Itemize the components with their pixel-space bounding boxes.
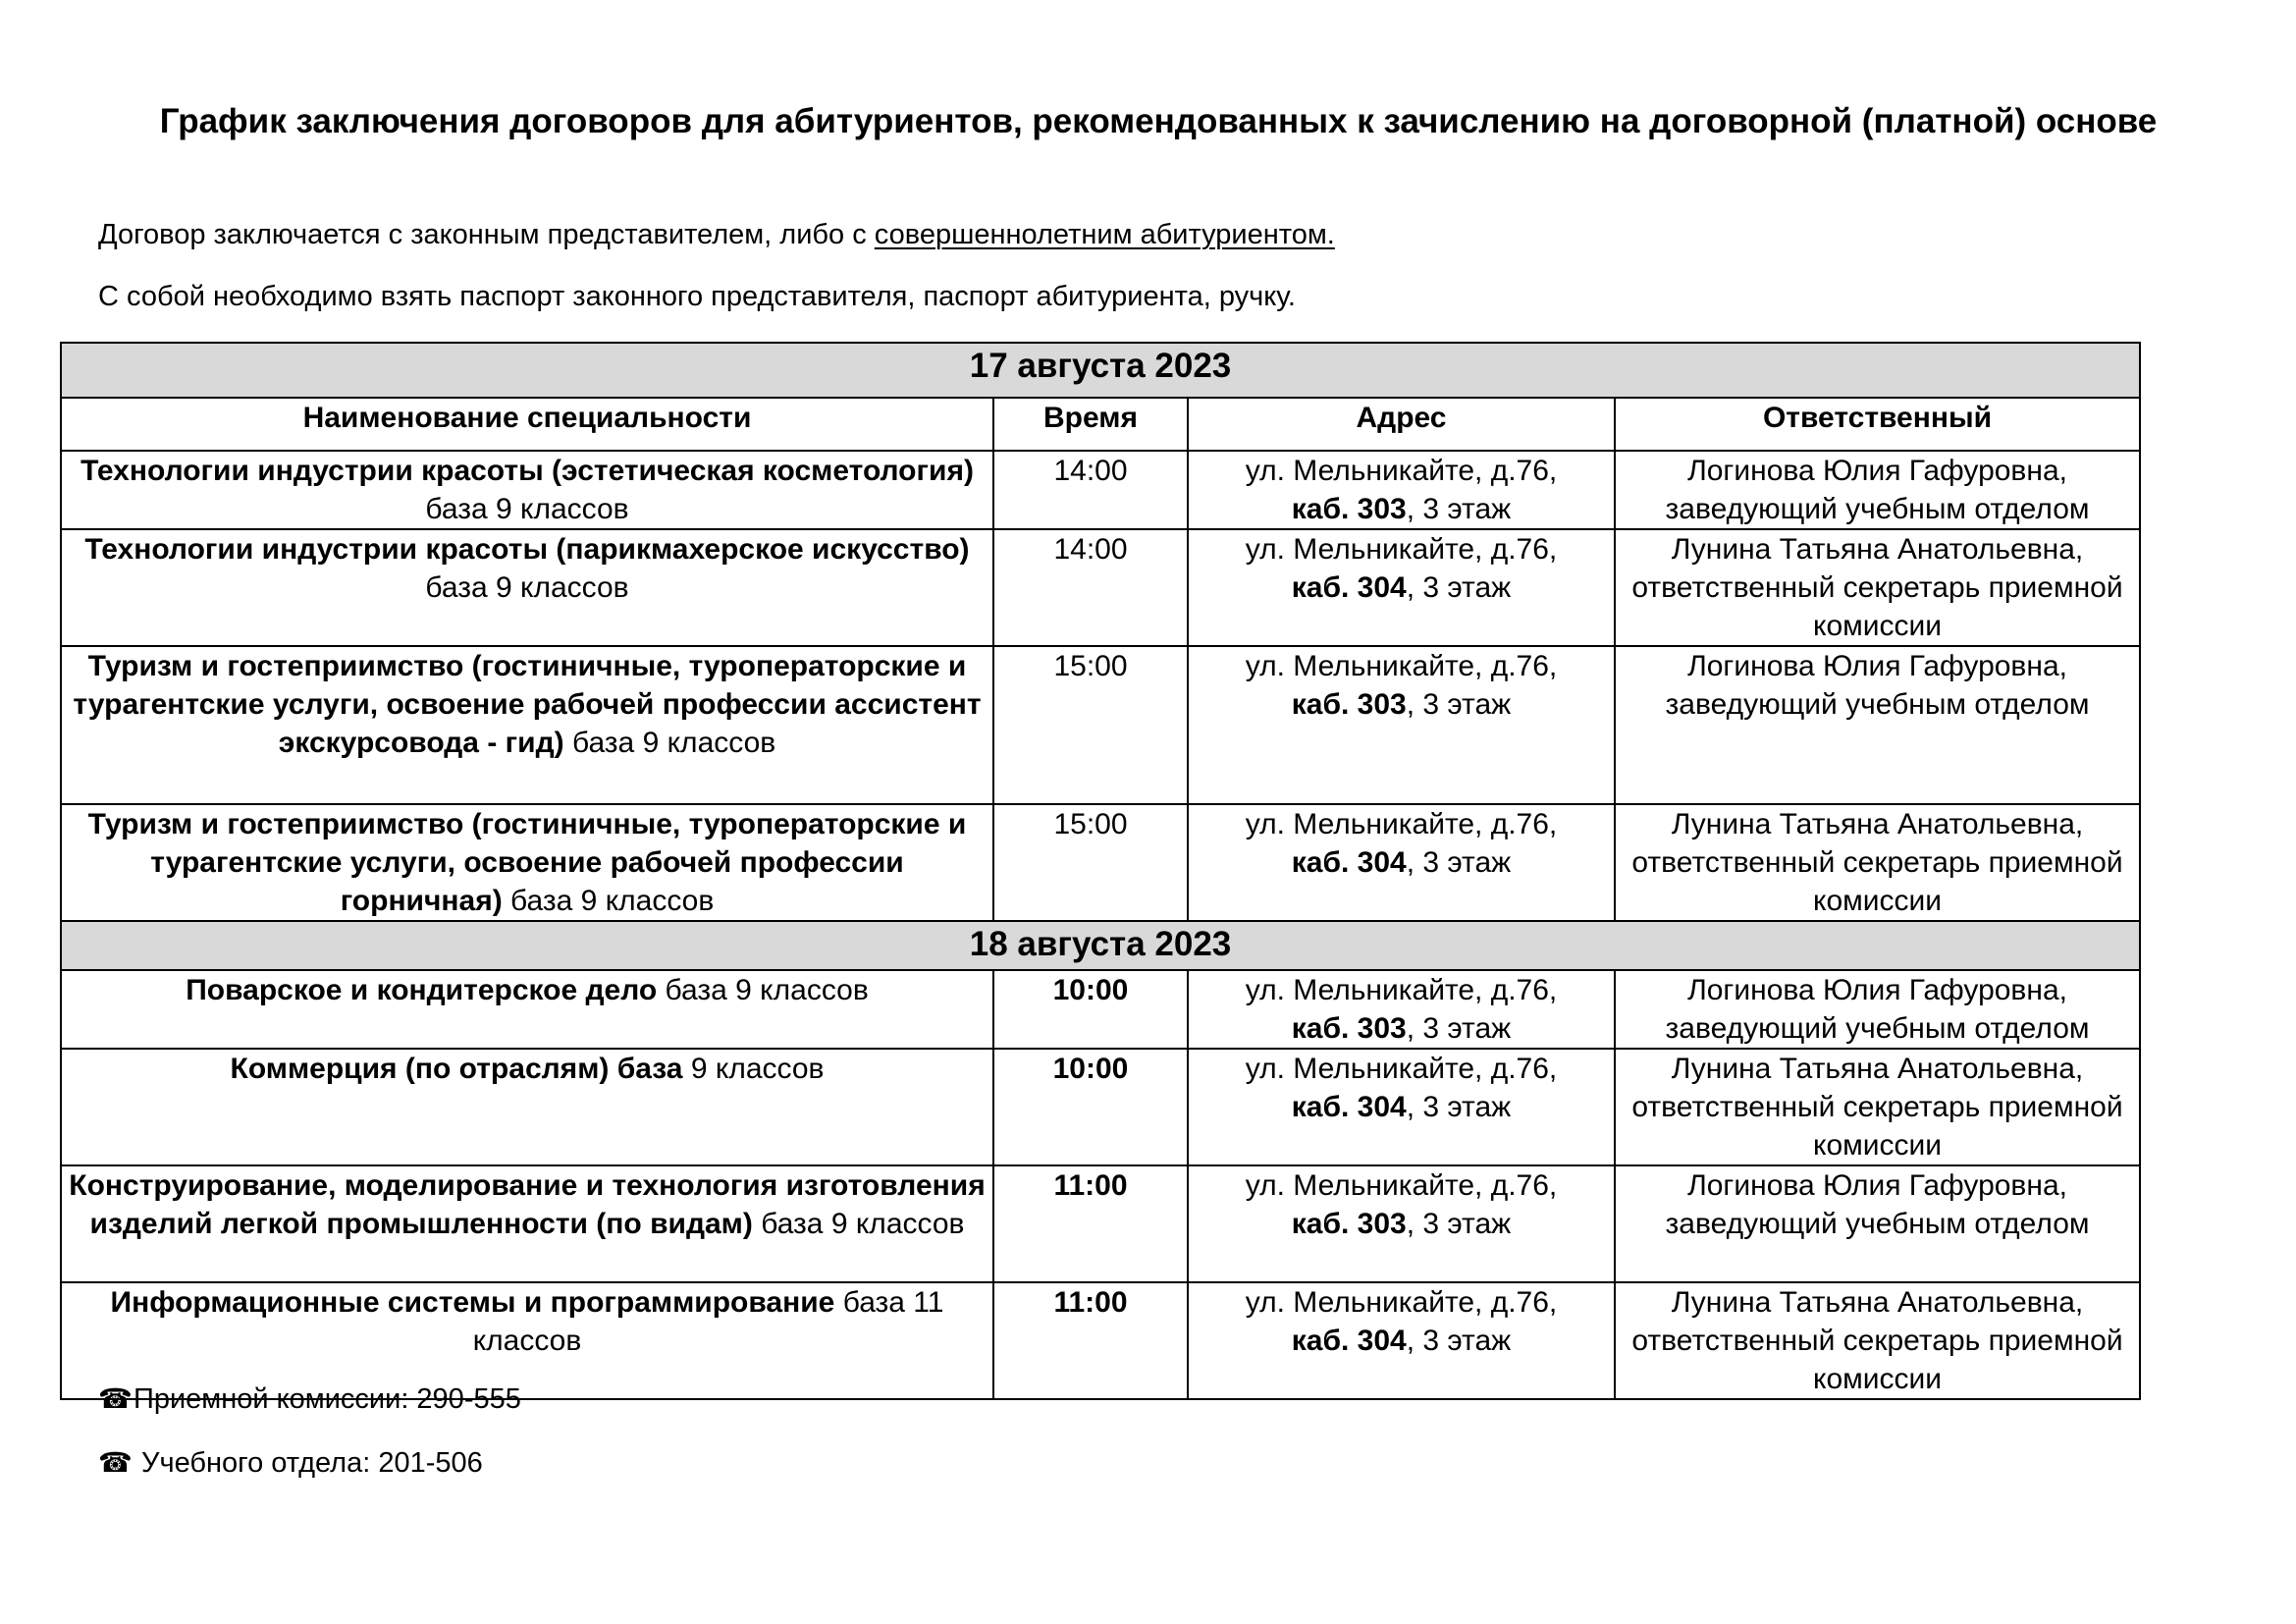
contact-label: Учебного отдела: 201-506 bbox=[133, 1447, 483, 1479]
date-row: 17 августа 2023 bbox=[61, 343, 2140, 398]
specialty-base: база 9 классов bbox=[657, 974, 869, 1006]
address-street: ул. Мельникайте, д.76, bbox=[1246, 1286, 1558, 1319]
address-floor: , 3 этаж bbox=[1407, 1208, 1512, 1240]
responsible-cell: Логинова Юлия Гафуровна, заведующий учеб… bbox=[1615, 646, 2140, 804]
specialty-base: база 9 классов bbox=[425, 571, 628, 604]
header-row: Наименование специальностиВремяАдресОтве… bbox=[61, 398, 2140, 451]
address-room: каб. 304 bbox=[1292, 1325, 1407, 1357]
specialty-base: 9 классов bbox=[683, 1053, 825, 1085]
address-cell: ул. Мельникайте, д.76,каб. 304, 3 этаж bbox=[1188, 804, 1615, 921]
time-cell: 11:00 bbox=[993, 1282, 1188, 1399]
specialty-cell: Коммерция (по отраслям) база 9 классов bbox=[61, 1049, 993, 1165]
intro-underlined-text: совершеннолетним абитуриентом. bbox=[875, 219, 1335, 250]
responsible-cell: Логинова Юлия Гафуровна, заведующий учеб… bbox=[1615, 1165, 2140, 1282]
specialty-name: Технологии индустрии красоты (эстетическ… bbox=[80, 455, 974, 487]
column-header: Время bbox=[993, 398, 1188, 451]
date-row: 18 августа 2023 bbox=[61, 921, 2140, 970]
address-street: ул. Мельникайте, д.76, bbox=[1246, 650, 1558, 682]
time-cell: 14:00 bbox=[993, 451, 1188, 529]
time-cell: 15:00 bbox=[993, 646, 1188, 804]
time-cell: 11:00 bbox=[993, 1165, 1188, 1282]
specialty-cell: Туризм и гостеприимство (гостиничные, ту… bbox=[61, 804, 993, 921]
address-street: ул. Мельникайте, д.76, bbox=[1246, 1169, 1558, 1202]
specialty-cell: Технологии индустрии красоты (парикмахер… bbox=[61, 529, 993, 646]
table-row: Туризм и гостеприимство (гостиничные, ту… bbox=[61, 804, 2140, 921]
responsible-cell: Лунина Татьяна Анатольевна, ответственны… bbox=[1615, 804, 2140, 921]
address-floor: , 3 этаж bbox=[1407, 571, 1512, 604]
specialty-name: Технологии индустрии красоты (парикмахер… bbox=[84, 533, 969, 566]
responsible-cell: Логинова Юлия Гафуровна, заведующий учеб… bbox=[1615, 970, 2140, 1049]
address-room: каб. 304 bbox=[1292, 846, 1407, 879]
specialty-cell: Туризм и гостеприимство (гостиничные, ту… bbox=[61, 646, 993, 804]
telephone-icon: ☎ bbox=[98, 1382, 133, 1416]
address-floor: , 3 этаж bbox=[1407, 846, 1512, 879]
address-floor: , 3 этаж bbox=[1407, 493, 1512, 525]
column-header: Ответственный bbox=[1615, 398, 2140, 451]
specialty-name: Коммерция (по отраслям) база bbox=[231, 1053, 683, 1085]
table-row: Поварское и кондитерское дело база 9 кла… bbox=[61, 970, 2140, 1049]
address-room: каб. 304 bbox=[1292, 1091, 1407, 1123]
specialty-cell: Конструирование, моделирование и техноло… bbox=[61, 1165, 993, 1282]
time-cell: 15:00 bbox=[993, 804, 1188, 921]
address-street: ул. Мельникайте, д.76, bbox=[1246, 455, 1558, 487]
address-street: ул. Мельникайте, д.76, bbox=[1246, 808, 1558, 840]
address-cell: ул. Мельникайте, д.76,каб. 304, 3 этаж bbox=[1188, 529, 1615, 646]
table-row: Туризм и гостеприимство (гостиничные, ту… bbox=[61, 646, 2140, 804]
column-header: Адрес bbox=[1188, 398, 1615, 451]
specialty-cell: Технологии индустрии красоты (эстетическ… bbox=[61, 451, 993, 529]
time-cell: 10:00 bbox=[993, 1049, 1188, 1165]
address-floor: , 3 этаж bbox=[1407, 1091, 1512, 1123]
specialty-name: Поварское и кондитерское дело bbox=[186, 974, 657, 1006]
address-cell: ул. Мельникайте, д.76,каб. 303, 3 этаж bbox=[1188, 1165, 1615, 1282]
table-row: Коммерция (по отраслям) база 9 классов10… bbox=[61, 1049, 2140, 1165]
table-row: Технологии индустрии красоты (эстетическ… bbox=[61, 451, 2140, 529]
document-title: График заключения договоров для абитурие… bbox=[59, 98, 2258, 145]
responsible-cell: Лунина Татьяна Анатольевна, ответственны… bbox=[1615, 1049, 2140, 1165]
address-room: каб. 303 bbox=[1292, 1208, 1407, 1240]
column-header: Наименование специальности bbox=[61, 398, 993, 451]
specialty-name: Информационные системы и программировани… bbox=[111, 1286, 835, 1319]
address-floor: , 3 этаж bbox=[1407, 688, 1512, 721]
contact-academic: ☎ Учебного отдела: 201-506 bbox=[98, 1446, 483, 1480]
address-floor: , 3 этаж bbox=[1407, 1325, 1512, 1357]
time-cell: 10:00 bbox=[993, 970, 1188, 1049]
contact-admissions: ☎Приемной комиссии: 290-555 bbox=[98, 1382, 521, 1416]
intro-line-2: С собой необходимо взять паспорт законно… bbox=[98, 280, 1296, 313]
address-room: каб. 303 bbox=[1292, 1012, 1407, 1045]
address-cell: ул. Мельникайте, д.76,каб. 304, 3 этаж bbox=[1188, 1282, 1615, 1399]
address-cell: ул. Мельникайте, д.76,каб. 304, 3 этаж bbox=[1188, 1049, 1615, 1165]
specialty-name: Туризм и гостеприимство (гостиничные, ту… bbox=[73, 650, 981, 759]
specialty-base: база 9 классов bbox=[425, 493, 628, 525]
address-cell: ул. Мельникайте, д.76,каб. 303, 3 этаж bbox=[1188, 646, 1615, 804]
time-cell: 14:00 bbox=[993, 529, 1188, 646]
specialty-base: база 9 классов bbox=[753, 1208, 965, 1240]
address-room: каб. 303 bbox=[1292, 688, 1407, 721]
table-row: Конструирование, моделирование и техноло… bbox=[61, 1165, 2140, 1282]
address-room: каб. 303 bbox=[1292, 493, 1407, 525]
responsible-cell: Лунина Татьяна Анатольевна, ответственны… bbox=[1615, 1282, 2140, 1399]
intro-line-1: Договор заключается с законным представи… bbox=[98, 218, 1335, 251]
date-cell: 18 августа 2023 bbox=[61, 921, 2140, 970]
address-street: ул. Мельникайте, д.76, bbox=[1246, 1053, 1558, 1085]
address-cell: ул. Мельникайте, д.76,каб. 303, 3 этаж bbox=[1188, 970, 1615, 1049]
contact-label: Приемной комиссии: 290-555 bbox=[133, 1383, 521, 1415]
address-street: ул. Мельникайте, д.76, bbox=[1246, 533, 1558, 566]
intro-text: Договор заключается с законным представи… bbox=[98, 219, 875, 250]
schedule-table: 17 августа 2023Наименование специальност… bbox=[60, 342, 2141, 1400]
telephone-icon: ☎ bbox=[98, 1446, 133, 1480]
address-room: каб. 304 bbox=[1292, 571, 1407, 604]
address-cell: ул. Мельникайте, д.76,каб. 303, 3 этаж bbox=[1188, 451, 1615, 529]
address-street: ул. Мельникайте, д.76, bbox=[1246, 974, 1558, 1006]
responsible-cell: Лунина Татьяна Анатольевна, ответственны… bbox=[1615, 529, 2140, 646]
specialty-cell: Поварское и кондитерское дело база 9 кла… bbox=[61, 970, 993, 1049]
address-floor: , 3 этаж bbox=[1407, 1012, 1512, 1045]
responsible-cell: Логинова Юлия Гафуровна, заведующий учеб… bbox=[1615, 451, 2140, 529]
specialty-base: база 9 классов bbox=[503, 885, 715, 917]
specialty-base: база 9 классов bbox=[564, 727, 776, 759]
date-cell: 17 августа 2023 bbox=[61, 343, 2140, 398]
table-row: Технологии индустрии красоты (парикмахер… bbox=[61, 529, 2140, 646]
